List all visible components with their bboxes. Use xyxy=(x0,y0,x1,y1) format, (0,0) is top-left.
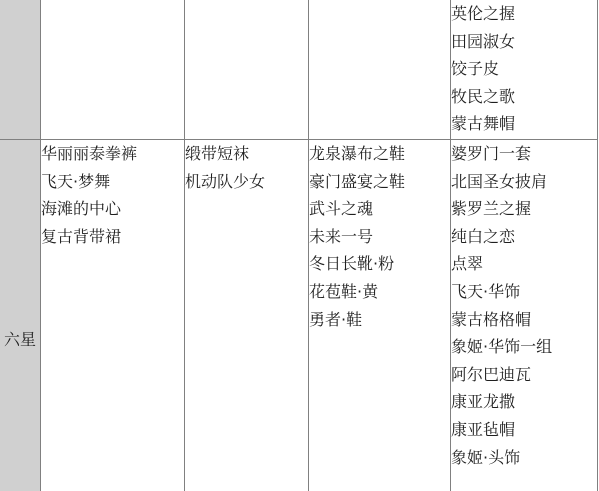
item-label: 飞天·梦舞 xyxy=(41,168,184,196)
items-cell-top-col5: 英伦之握田园淑女饺子皮牧民之歌蒙古舞帽 xyxy=(451,0,598,140)
item-label: 龙泉瀑布之鞋 xyxy=(309,140,450,168)
items-cell-six-star-col2: 华丽丽泰拳裤飞天·梦舞海滩的中心复古背带裙 xyxy=(41,140,185,491)
item-label: 婆罗门一套 xyxy=(451,140,597,168)
item-label: 蒙古舞帽 xyxy=(451,110,597,138)
item-label: 豪门盛宴之鞋 xyxy=(309,168,450,196)
item-label: 蒙古格格帽 xyxy=(451,306,597,334)
item-label: 飞天·华饰 xyxy=(451,278,597,306)
item-label: 武斗之魂 xyxy=(309,195,450,223)
item-label: 康亚龙撒 xyxy=(451,388,597,416)
item-label: 机动队少女 xyxy=(185,168,308,196)
item-label: 英伦之握 xyxy=(451,0,597,28)
row-header-cell-top xyxy=(0,0,41,140)
item-label: 点翠 xyxy=(451,250,597,278)
item-label: 华丽丽泰拳裤 xyxy=(41,140,184,168)
row-header-label-six-star: 六星 xyxy=(4,326,36,354)
items-cell-six-star-col5: 婆罗门一套北国圣女披肩紫罗兰之握纯白之恋点翠飞天·华饰蒙古格格帽象姬·华饰一组阿… xyxy=(451,140,598,491)
items-cell-top-col4 xyxy=(309,0,451,140)
row-header-cell-six-star: 六星 xyxy=(0,140,41,491)
item-label: 冬日长靴·粉 xyxy=(309,250,450,278)
items-cell-six-star-col4: 龙泉瀑布之鞋豪门盛宴之鞋武斗之魂未来一号冬日长靴·粉花苞鞋·黄勇者·鞋 xyxy=(309,140,451,491)
item-label: 田园淑女 xyxy=(451,28,597,56)
items-cell-top-col2 xyxy=(41,0,185,140)
item-label: 牧民之歌 xyxy=(451,83,597,111)
item-label: 象姬·头饰 xyxy=(451,444,597,472)
item-label: 紫罗兰之握 xyxy=(451,195,597,223)
table-row-six-star: 六星 华丽丽泰拳裤飞天·梦舞海滩的中心复古背带裙 缎带短袜机动队少女 龙泉瀑布之… xyxy=(0,140,598,491)
items-cell-top-col3 xyxy=(185,0,309,140)
item-label: 未来一号 xyxy=(309,223,450,251)
item-table-viewport: 英伦之握田园淑女饺子皮牧民之歌蒙古舞帽 六星 华丽丽泰拳裤飞天·梦舞海滩的中心复… xyxy=(0,0,599,491)
item-label: 缎带短袜 xyxy=(185,140,308,168)
table-row-top: 英伦之握田园淑女饺子皮牧民之歌蒙古舞帽 xyxy=(0,0,598,140)
item-label: 饺子皮 xyxy=(451,55,597,83)
item-label: 康亚毡帽 xyxy=(451,416,597,444)
item-label: 北国圣女披肩 xyxy=(451,168,597,196)
item-label: 纯白之恋 xyxy=(451,223,597,251)
item-label: 勇者·鞋 xyxy=(309,306,450,334)
item-label: 复古背带裙 xyxy=(41,223,184,251)
item-label: 象姬·华饰一组 xyxy=(451,333,597,361)
item-label: 花苞鞋·黄 xyxy=(309,278,450,306)
item-label: 海滩的中心 xyxy=(41,195,184,223)
item-label: 阿尔巴迪瓦 xyxy=(451,361,597,389)
items-cell-six-star-col3: 缎带短袜机动队少女 xyxy=(185,140,309,491)
star-items-table: 英伦之握田园淑女饺子皮牧民之歌蒙古舞帽 六星 华丽丽泰拳裤飞天·梦舞海滩的中心复… xyxy=(0,0,598,491)
